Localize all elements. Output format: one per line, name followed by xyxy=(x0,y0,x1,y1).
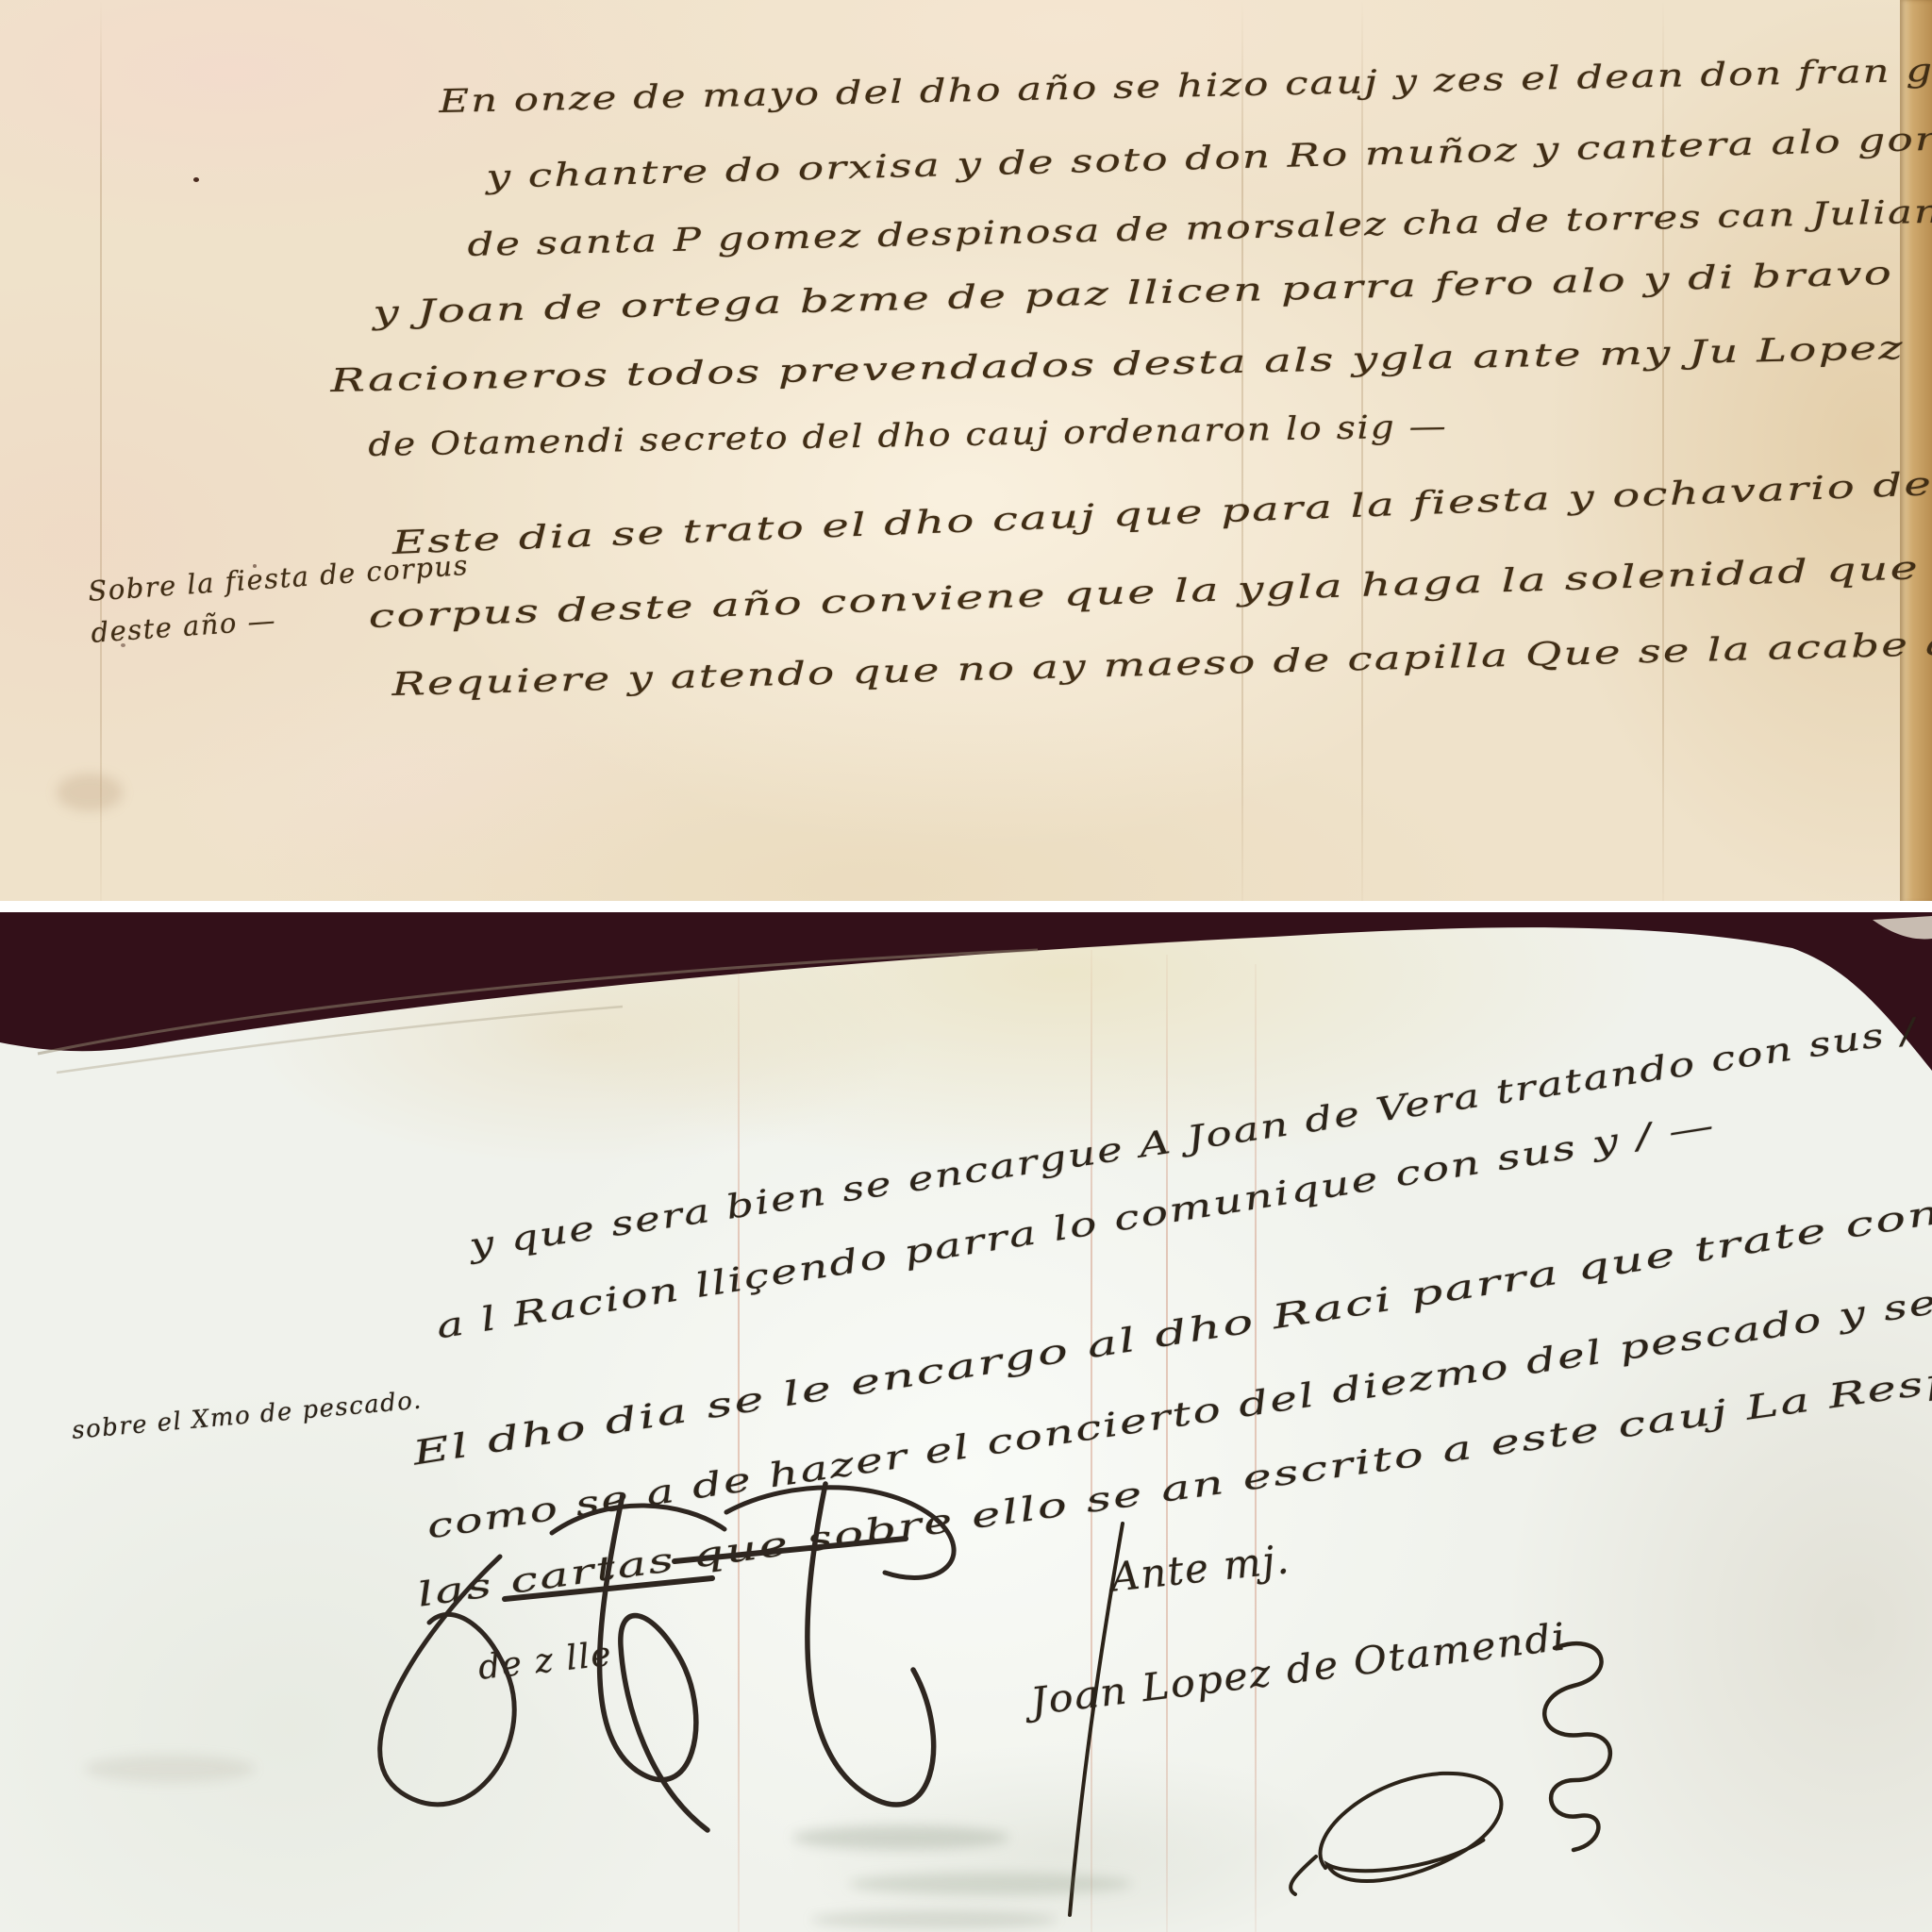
act2-line-3: Requiere y atendo que no ay maeso de cap… xyxy=(391,625,1932,704)
bleedthrough-smudge xyxy=(85,1755,255,1783)
act1-line-5: Racioneros todos prevendados desta als y… xyxy=(330,329,1905,400)
bleedthrough-smudge xyxy=(792,1825,1009,1850)
chain-line xyxy=(1241,0,1243,903)
top-page-photo: En onze de mayo del dho año se hizo cauj… xyxy=(0,0,1932,903)
bleedthrough-smudge xyxy=(849,1873,1132,1895)
ink-speck xyxy=(193,177,199,182)
act1-line-1: En onze de mayo del dho año se hizo cauj… xyxy=(439,49,1932,121)
chain-line xyxy=(100,0,102,903)
stain xyxy=(57,774,123,811)
ink-speck xyxy=(121,643,125,647)
act1-line-4: y Joan de ortega bzme de paz llicen parr… xyxy=(373,255,1893,332)
act2-line-1: Este dia se trato el dho cauj que para l… xyxy=(391,465,1932,562)
ink-speck xyxy=(253,564,257,568)
act1-line-6: de Otamendi secreto del dho cauj ordenar… xyxy=(368,408,1448,464)
act2-line-2: corpus deste año conviene que la ygla ha… xyxy=(368,549,1920,636)
act1-line-2: y chantre do orxisa y de soto don Ro muñ… xyxy=(486,120,1932,196)
signature-oval-flourish xyxy=(1288,1762,1542,1904)
bleedthrough-smudge xyxy=(811,1910,1057,1929)
act1-line-3: de santa P gomez despinosa de morsalez c… xyxy=(467,190,1932,264)
manuscript-photo-collage: En onze de mayo del dho año se hizo cauj… xyxy=(0,0,1932,1932)
